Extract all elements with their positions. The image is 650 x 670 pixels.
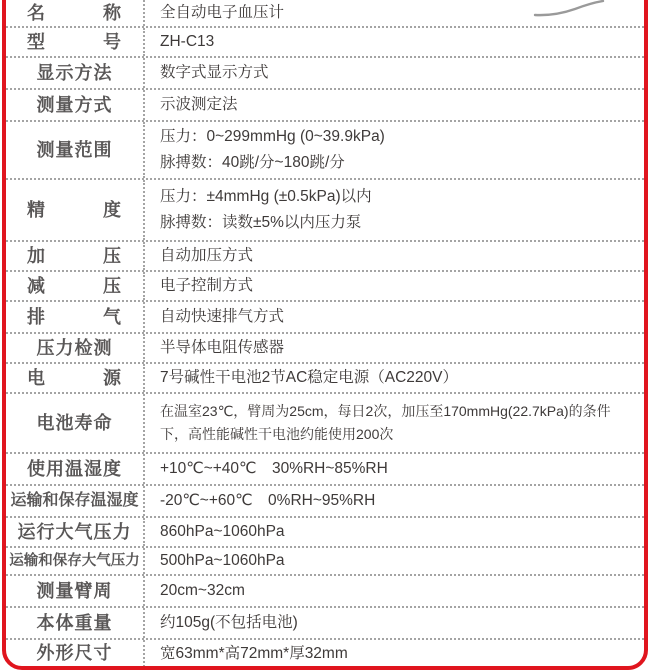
- spec-row-arm-circumference: 测量臂周 20cm~32cm: [6, 574, 644, 606]
- spec-row-storage-temp-humidity: 运输和保存温湿度 -20℃~+60℃ 0%RH~95%RH: [6, 484, 644, 516]
- spec-value-pressurize: 自动加压方式: [145, 242, 644, 270]
- spec-table: 名 称 全自动电子血压计 型 号 ZH-C13 显示方法 数字式显示方式 测量方…: [6, 0, 644, 667]
- spec-value-dimensions: 宽63mm*高72mm*厚32mm: [145, 640, 644, 667]
- spec-value-measure-range: 压力：0~299mmHg (0~39.9kPa) 脉搏数：40跳/分~180跳/…: [145, 122, 644, 178]
- spec-value-measure-method: 示波测定法: [145, 90, 644, 120]
- spec-label-accuracy: 精 度: [6, 180, 145, 240]
- spec-row-accuracy: 精 度 压力：±4mmHg (±0.5kPa)以内 脉搏数：读数±5%以内压力泵: [6, 178, 644, 240]
- spec-label-name: 名 称: [6, 0, 145, 26]
- product-photo-bottom-edge-icon: [533, 0, 607, 18]
- spec-value-storage-pressure: 500hPa~1060hPa: [145, 548, 644, 574]
- spec-value-storage-temp-humidity: -20℃~+60℃ 0%RH~95%RH: [145, 486, 644, 516]
- spec-row-operating-temp-humidity: 使用温湿度 +10℃~+40℃ 30%RH~85%RH: [6, 452, 644, 484]
- spec-value-decompress: 电子控制方式: [145, 272, 644, 300]
- spec-label-decompress: 减 压: [6, 272, 145, 300]
- spec-row-exhaust: 排 气 自动快速排气方式: [6, 300, 644, 332]
- spec-row-operating-pressure: 运行大气压力 860hPa~1060hPa: [6, 516, 644, 546]
- spec-row-battery-life: 电池寿命 在温室23℃，臂周为25cm，每日2次，加压至170mmHg(22.7…: [6, 392, 644, 452]
- spec-label-power: 电 源: [6, 364, 145, 392]
- spec-value-display-method: 数字式显示方式: [145, 58, 644, 88]
- spec-label-pressure-sensor: 压力检测: [6, 334, 145, 362]
- spec-row-pressure-sensor: 压力检测 半导体电阻传感器: [6, 332, 644, 362]
- spec-row-measure-range: 测量范围 压力：0~299mmHg (0~39.9kPa) 脉搏数：40跳/分~…: [6, 120, 644, 178]
- spec-value-weight: 约105g(不包括电池): [145, 608, 644, 638]
- spec-row-decompress: 减 压 电子控制方式: [6, 270, 644, 300]
- spec-value-operating-temp-humidity: +10℃~+40℃ 30%RH~85%RH: [145, 454, 644, 484]
- spec-value-exhaust: 自动快速排气方式: [145, 302, 644, 332]
- spec-value-battery-life: 在温室23℃，臂周为25cm，每日2次，加压至170mmHg(22.7kPa)的…: [145, 394, 644, 452]
- spec-row-pressurize: 加 压 自动加压方式: [6, 240, 644, 270]
- spec-value-accuracy: 压力：±4mmHg (±0.5kPa)以内 脉搏数：读数±5%以内压力泵: [145, 180, 644, 240]
- spec-label-weight: 本体重量: [6, 608, 145, 638]
- spec-value-arm-circumference: 20cm~32cm: [145, 576, 644, 606]
- spec-row-power: 电 源 7号碱性干电池2节AC稳定电源（AC220V）: [6, 362, 644, 392]
- spec-row-dimensions: 外形尺寸 宽63mm*高72mm*厚32mm: [6, 638, 644, 667]
- spec-row-model: 型 号 ZH-C13: [6, 26, 644, 56]
- spec-label-storage-temp-humidity: 运输和保存温湿度: [6, 486, 145, 516]
- spec-value-power: 7号碱性干电池2节AC稳定电源（AC220V）: [145, 364, 644, 392]
- spec-label-operating-pressure: 运行大气压力: [6, 518, 145, 546]
- spec-value-model: ZH-C13: [145, 28, 644, 56]
- spec-label-model: 型 号: [6, 28, 145, 56]
- spec-row-display-method: 显示方法 数字式显示方式: [6, 56, 644, 88]
- spec-row-weight: 本体重量 约105g(不包括电池): [6, 606, 644, 638]
- spec-row-measure-method: 测量方式 示波测定法: [6, 88, 644, 120]
- spec-sheet-page: 名 称 全自动电子血压计 型 号 ZH-C13 显示方法 数字式显示方式 测量方…: [0, 0, 650, 670]
- spec-label-arm-circumference: 测量臂周: [6, 576, 145, 606]
- spec-value-operating-pressure: 860hPa~1060hPa: [145, 518, 644, 546]
- spec-label-dimensions: 外形尺寸: [6, 640, 145, 667]
- spec-label-operating-temp-humidity: 使用温湿度: [6, 454, 145, 484]
- spec-label-measure-method: 测量方式: [6, 90, 145, 120]
- spec-label-pressurize: 加 压: [6, 242, 145, 270]
- spec-label-battery-life: 电池寿命: [6, 394, 145, 452]
- spec-label-exhaust: 排 气: [6, 302, 145, 332]
- spec-value-pressure-sensor: 半导体电阻传感器: [145, 334, 644, 362]
- spec-row-storage-pressure: 运输和保存大气压力 500hPa~1060hPa: [6, 546, 644, 574]
- spec-label-display-method: 显示方法: [6, 58, 145, 88]
- spec-label-storage-pressure: 运输和保存大气压力: [6, 548, 145, 574]
- spec-label-measure-range: 测量范围: [6, 122, 145, 178]
